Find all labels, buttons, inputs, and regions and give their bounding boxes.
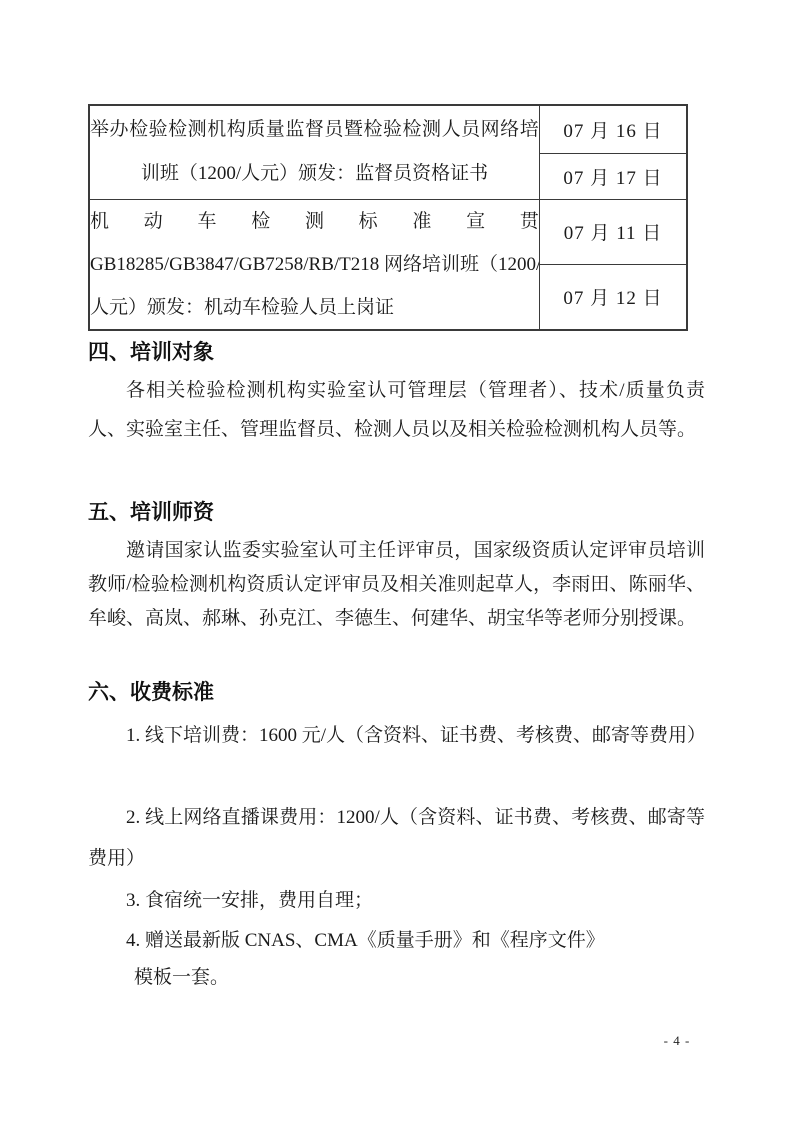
course-schedule-table: 举办检验检测机构质量监督员暨检验检测人员网络培 训班（1200/人元）颁发：监督… (88, 104, 688, 331)
course-line: 举办检验检测机构质量监督员暨检验检测人员网络培 (90, 108, 539, 152)
page-number: - 4 - (647, 1033, 707, 1049)
fee-item-accommodation: 3. 食宿统一安排，费用自理； (88, 881, 705, 921)
course-line: 人元）颁发：机动车检验人员上岗证 (90, 286, 539, 329)
course-line: 训班（1200/人元）颁发：监督员资格证书 (90, 152, 539, 196)
fee-item-online-fee: 2. 线上网络直播课费用：1200/人（含资料、证书费、考核费、邮寄等费用） (88, 797, 705, 879)
date-cell: 07 月 12 日 (540, 265, 688, 330)
section-paragraph-training-targets: 各相关检验检测机构实验室认可管理层（管理者）、技术/质量负责人、实验室主任、管理… (88, 371, 705, 449)
course-line: GB18285/GB3847/GB7258/RB/T218 网络培训班（1200… (90, 243, 539, 286)
fee-item-offline-fee: 1. 线下培训费：1600 元/人（含资料、证书费、考核费、邮寄等费用） (88, 716, 705, 756)
section-heading-fee-standard: 六、收费标准 (88, 676, 214, 706)
document-page: 举办检验检测机构质量监督员暨检验检测人员网络培 训班（1200/人元）颁发：监督… (0, 0, 793, 1122)
course-cell-vehicle-inspection-training: 机动车检测标准宣贯 GB18285/GB3847/GB7258/RB/T218 … (89, 199, 540, 330)
date-cell: 07 月 11 日 (540, 199, 688, 265)
fee-item-gift-manuals-continuation: 模板一套。 (88, 958, 705, 998)
section-paragraph-training-faculty: 邀请国家认监委实验室认可主任评审员，国家级资质认定评审员培训教师/检验检测机构资… (88, 534, 705, 636)
date-cell: 07 月 16 日 (540, 105, 688, 153)
section-heading-training-faculty: 五、培训师资 (88, 496, 214, 526)
fee-item-gift-manuals: 4. 赠送最新版 CNAS、CMA《质量手册》和《程序文件》 (88, 921, 705, 961)
course-cell-supervisor-training: 举办检验检测机构质量监督员暨检验检测人员网络培 训班（1200/人元）颁发：监督… (89, 105, 540, 199)
section-heading-training-targets: 四、培训对象 (88, 336, 214, 366)
course-line: 机动车检测标准宣贯 (90, 200, 539, 243)
date-cell: 07 月 17 日 (540, 153, 688, 199)
